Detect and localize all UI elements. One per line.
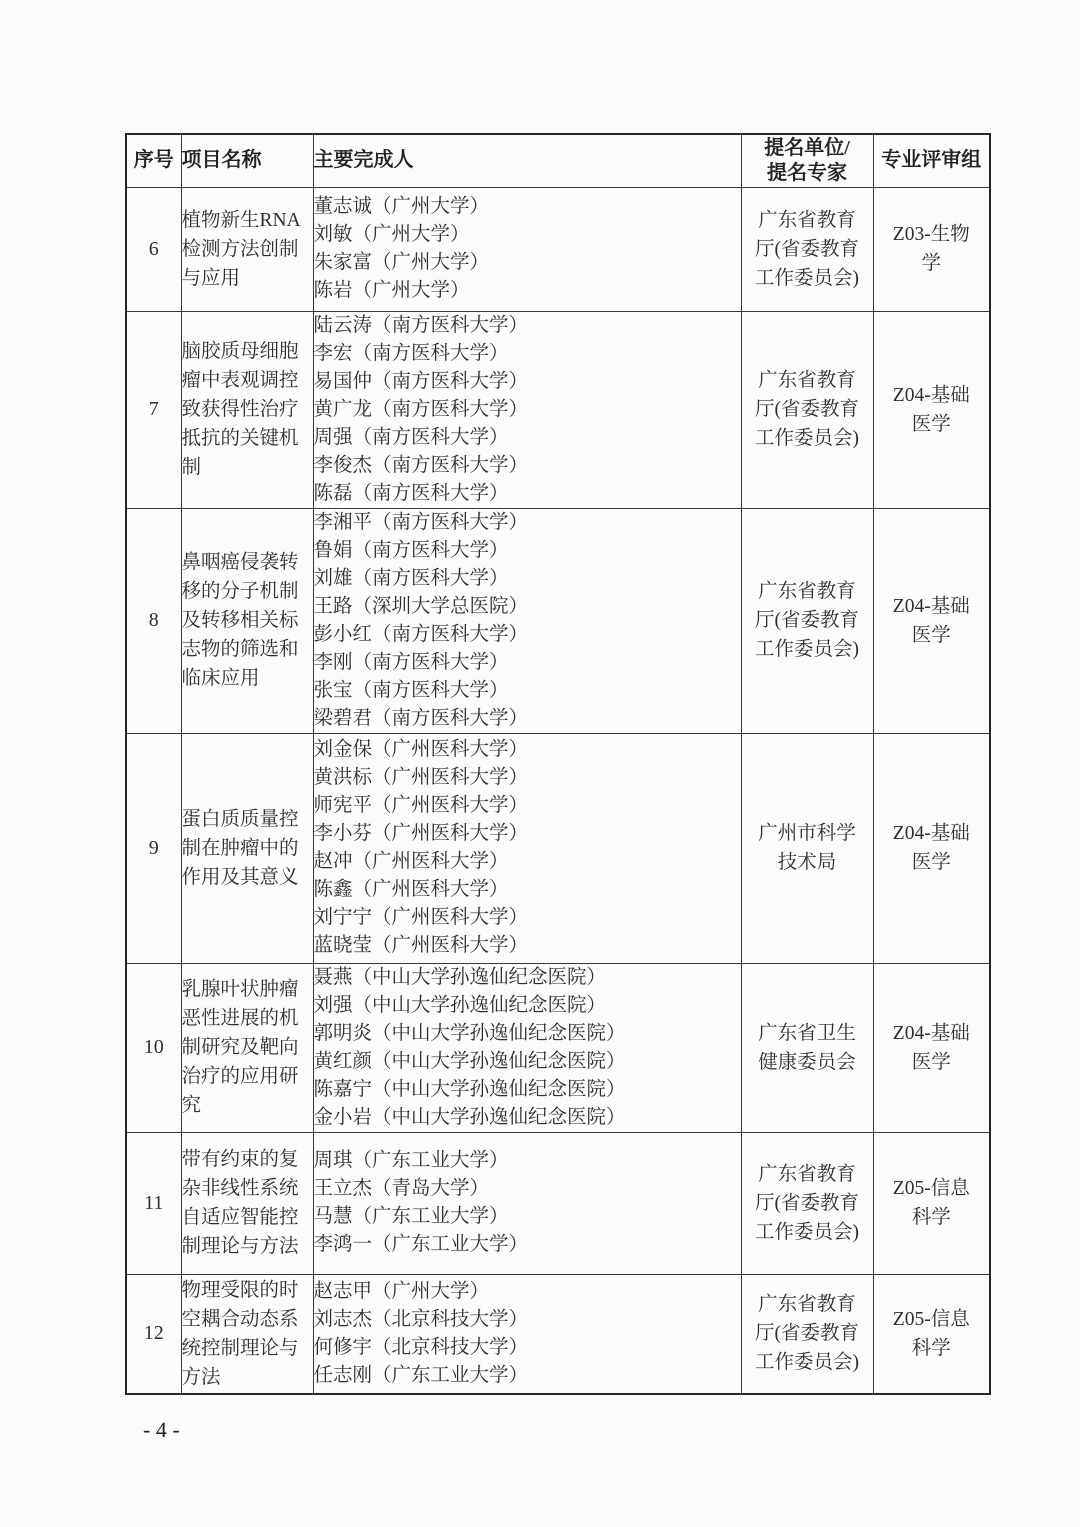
table-row: 11 带有约束的复杂非线性系统自适应智能控制理论与方法 周琪（广东工业大学）王立…	[126, 1132, 990, 1274]
cell-project-name: 植物新生RNA 检测方法创制与应用	[181, 187, 313, 311]
contributor-line: 黄红颜（中山大学孙逸仙纪念医院）	[314, 1048, 741, 1076]
cell-contributors: 董志诚（广州大学）刘敏（广州大学）朱家富（广州大学）陈岩（广州大学）	[313, 187, 741, 311]
contributor-line: 易国仲（南方医科大学）	[314, 368, 741, 396]
cell-nominator: 广东省卫生 健康委员会	[741, 963, 873, 1132]
contributor-line: 梁碧君（南方医科大学）	[314, 705, 741, 733]
table-row: 8 鼻咽癌侵袭转移的分子机制及转移相关标志物的筛选和临床应用 李湘平（南方医科大…	[126, 508, 990, 733]
cell-review-group: Z04-基础 医学	[873, 733, 990, 963]
contributor-line: 陈嘉宁（中山大学孙逸仙纪念医院）	[314, 1076, 741, 1104]
contributor-line: 郭明炎（中山大学孙逸仙纪念医院）	[314, 1020, 741, 1048]
cell-seq-no: 11	[126, 1132, 181, 1274]
cell-contributors: 周琪（广东工业大学）王立杰（青岛大学）马慧（广东工业大学）李鸿一（广东工业大学）	[313, 1132, 741, 1274]
contributor-line: 刘雄（南方医科大学）	[314, 565, 741, 593]
cell-nominator: 广东省教育 厅(省委教育 工作委员会)	[741, 311, 873, 508]
cell-seq-no: 8	[126, 508, 181, 733]
contributor-line: 黄广龙（南方医科大学）	[314, 396, 741, 424]
contributor-line: 金小岩（中山大学孙逸仙纪念医院）	[314, 1104, 741, 1132]
contributor-line: 刘强（中山大学孙逸仙纪念医院）	[314, 992, 741, 1020]
contributor-line: 王立杰（青岛大学）	[314, 1175, 741, 1203]
contributor-line: 朱家富（广州大学）	[314, 249, 741, 277]
contributor-line: 陈鑫（广州医科大学）	[314, 876, 741, 904]
contributor-line: 李俊杰（南方医科大学）	[314, 452, 741, 480]
column-header-review-group: 专业评审组	[873, 134, 990, 187]
cell-seq-no: 6	[126, 187, 181, 311]
contributor-line: 李小芬（广州医科大学）	[314, 820, 741, 848]
contributor-line: 李刚（南方医科大学）	[314, 649, 741, 677]
contributor-line: 黄洪标（广州医科大学）	[314, 764, 741, 792]
table-row: 12 物理受限的时空耦合动态系统控制理论与方法 赵志甲（广州大学）刘志杰（北京科…	[126, 1274, 990, 1394]
contributor-line: 刘金保（广州医科大学）	[314, 736, 741, 764]
contributor-line: 陆云涛（南方医科大学）	[314, 312, 741, 340]
nominated-projects-table: 序号 项目名称 主要完成人 提名单位/ 提名专家 专业评审组 6 植物新生RNA…	[125, 133, 991, 1395]
cell-seq-no: 10	[126, 963, 181, 1132]
cell-nominator: 广州市科学 技术局	[741, 733, 873, 963]
contributor-line: 蓝晓莹（广州医科大学）	[314, 932, 741, 960]
cell-contributors: 聂燕（中山大学孙逸仙纪念医院）刘强（中山大学孙逸仙纪念医院）郭明炎（中山大学孙逸…	[313, 963, 741, 1132]
table-header-row: 序号 项目名称 主要完成人 提名单位/ 提名专家 专业评审组	[126, 134, 990, 187]
table-row: 10 乳腺叶状肿瘤恶性进展的机制研究及靶向治疗的应用研究 聂燕（中山大学孙逸仙纪…	[126, 963, 990, 1132]
cell-project-name: 乳腺叶状肿瘤恶性进展的机制研究及靶向治疗的应用研究	[181, 963, 313, 1132]
contributor-line: 陈磊（南方医科大学）	[314, 480, 741, 508]
column-header-no: 序号	[126, 134, 181, 187]
contributor-line: 王路（深圳大学总医院）	[314, 593, 741, 621]
contributor-line: 聂燕（中山大学孙逸仙纪念医院）	[314, 964, 741, 992]
cell-nominator: 广东省教育 厅(省委教育 工作委员会)	[741, 1132, 873, 1274]
table-row: 9 蛋白质质量控制在肿瘤中的作用及其意义 刘金保（广州医科大学）黄洪标（广州医科…	[126, 733, 990, 963]
contributor-line: 刘志杰（北京科技大学）	[314, 1306, 741, 1334]
cell-project-name: 物理受限的时空耦合动态系统控制理论与方法	[181, 1274, 313, 1394]
cell-review-group: Z04-基础 医学	[873, 963, 990, 1132]
document-page: 序号 项目名称 主要完成人 提名单位/ 提名专家 专业评审组 6 植物新生RNA…	[0, 0, 1080, 1527]
cell-project-name: 蛋白质质量控制在肿瘤中的作用及其意义	[181, 733, 313, 963]
cell-contributors: 陆云涛（南方医科大学）李宏（南方医科大学）易国仲（南方医科大学）黄广龙（南方医科…	[313, 311, 741, 508]
cell-seq-no: 7	[126, 311, 181, 508]
cell-contributors: 李湘平（南方医科大学）鲁娟（南方医科大学）刘雄（南方医科大学）王路（深圳大学总医…	[313, 508, 741, 733]
column-header-contributors: 主要完成人	[313, 134, 741, 187]
contributor-line: 李鸿一（广东工业大学）	[314, 1231, 741, 1259]
cell-review-group: Z04-基础 医学	[873, 311, 990, 508]
cell-seq-no: 12	[126, 1274, 181, 1394]
cell-project-name: 脑胶质母细胞瘤中表观调控致获得性治疗抵抗的关键机制	[181, 311, 313, 508]
contributor-line: 陈岩（广州大学）	[314, 277, 741, 305]
contributor-line: 刘敏（广州大学）	[314, 221, 741, 249]
cell-review-group: Z03-生物 学	[873, 187, 990, 311]
cell-review-group: Z04-基础 医学	[873, 508, 990, 733]
table-row: 7 脑胶质母细胞瘤中表观调控致获得性治疗抵抗的关键机制 陆云涛（南方医科大学）李…	[126, 311, 990, 508]
contributor-line: 马慧（广东工业大学）	[314, 1203, 741, 1231]
cell-seq-no: 9	[126, 733, 181, 963]
cell-review-group: Z05-信息 科学	[873, 1274, 990, 1394]
contributor-line: 李宏（南方医科大学）	[314, 340, 741, 368]
contributor-line: 师宪平（广州医科大学）	[314, 792, 741, 820]
contributor-line: 赵冲（广州医科大学）	[314, 848, 741, 876]
cell-project-name: 带有约束的复杂非线性系统自适应智能控制理论与方法	[181, 1132, 313, 1274]
page-number: - 4 -	[143, 1417, 180, 1443]
contributor-line: 任志刚（广东工业大学）	[314, 1362, 741, 1390]
cell-nominator: 广东省教育 厅(省委教育 工作委员会)	[741, 187, 873, 311]
contributor-line: 赵志甲（广州大学）	[314, 1278, 741, 1306]
contributor-line: 彭小红（南方医科大学）	[314, 621, 741, 649]
cell-contributors: 刘金保（广州医科大学）黄洪标（广州医科大学）师宪平（广州医科大学）李小芬（广州医…	[313, 733, 741, 963]
contributor-line: 周强（南方医科大学）	[314, 424, 741, 452]
table-row: 6 植物新生RNA 检测方法创制与应用 董志诚（广州大学）刘敏（广州大学）朱家富…	[126, 187, 990, 311]
contributor-line: 董志诚（广州大学）	[314, 193, 741, 221]
cell-nominator: 广东省教育 厅(省委教育 工作委员会)	[741, 1274, 873, 1394]
column-header-project-name: 项目名称	[181, 134, 313, 187]
contributor-line: 周琪（广东工业大学）	[314, 1147, 741, 1175]
contributor-line: 刘宁宁（广州医科大学）	[314, 904, 741, 932]
contributor-line: 李湘平（南方医科大学）	[314, 509, 741, 537]
column-header-nominator: 提名单位/ 提名专家	[741, 134, 873, 187]
cell-contributors: 赵志甲（广州大学）刘志杰（北京科技大学）何修宇（北京科技大学）任志刚（广东工业大…	[313, 1274, 741, 1394]
contributor-line: 何修宇（北京科技大学）	[314, 1334, 741, 1362]
contributor-line: 鲁娟（南方医科大学）	[314, 537, 741, 565]
cell-review-group: Z05-信息 科学	[873, 1132, 990, 1274]
cell-nominator: 广东省教育 厅(省委教育 工作委员会)	[741, 508, 873, 733]
cell-project-name: 鼻咽癌侵袭转移的分子机制及转移相关标志物的筛选和临床应用	[181, 508, 313, 733]
contributor-line: 张宝（南方医科大学）	[314, 677, 741, 705]
